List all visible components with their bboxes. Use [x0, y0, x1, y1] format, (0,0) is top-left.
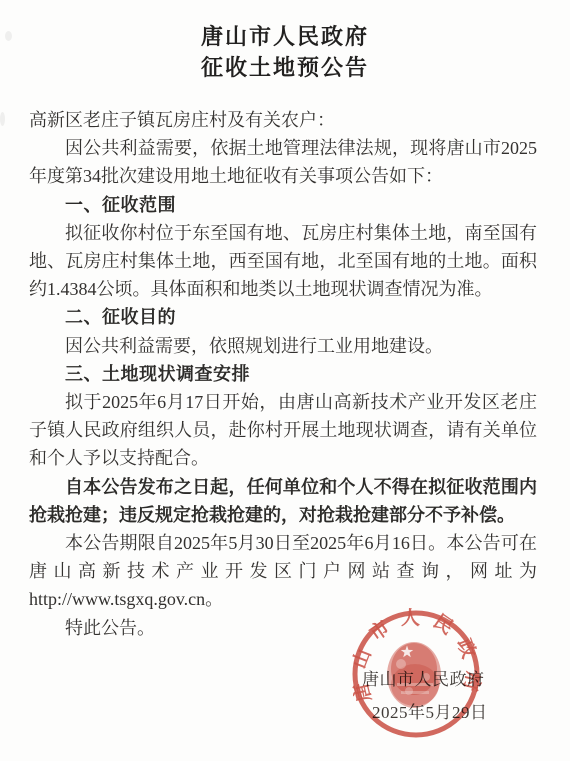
- section-2-heading: 二、征收目的: [29, 303, 537, 331]
- section-1-heading: 一、征收范围: [29, 191, 537, 219]
- document-body: 高新区老庄子镇瓦房庄村及有关农户： 因公共利益需要，依据土地管理法律法规，现将唐…: [29, 106, 537, 642]
- section-3-text: 拟于2025年6月17日开始，由唐山高新技术产业开发区老庄子镇人民政府组织人员，…: [29, 388, 537, 473]
- official-seal: 唐山市人民政府: [331, 589, 501, 759]
- warning-paragraph: 自本公告发布之日起，任何单位和个人不得在拟征收范围内抢栽抢建；违反规定抢栽抢建的…: [29, 473, 537, 529]
- scanned-document-page: 唐山市人民政府 征收土地预公告 高新区老庄子镇瓦房庄村及有关农户： 因公共利益需…: [0, 0, 570, 761]
- title-line-subject: 征收土地预公告: [0, 52, 570, 83]
- section-3-heading: 三、土地现状调查安排: [29, 360, 537, 388]
- document-title: 唐山市人民政府 征收土地预公告: [0, 0, 570, 83]
- title-line-issuer: 唐山市人民政府: [0, 21, 570, 52]
- scan-smudge: [0, 112, 5, 126]
- addressee-line: 高新区老庄子镇瓦房庄村及有关农户：: [29, 106, 537, 134]
- section-2-text: 因公共利益需要，依照规划进行工业用地建设。: [29, 332, 537, 360]
- intro-paragraph: 因公共利益需要，依据土地管理法律法规，现将唐山市2025年度第34批次建设用地土…: [29, 134, 537, 190]
- scan-smudge: [5, 31, 12, 41]
- seal-emblem: [387, 642, 441, 708]
- section-1-text: 拟征收你村位于东至国有地、瓦房庄村集体土地，南至国有地、瓦房庄村集体土地，西至国…: [29, 219, 537, 304]
